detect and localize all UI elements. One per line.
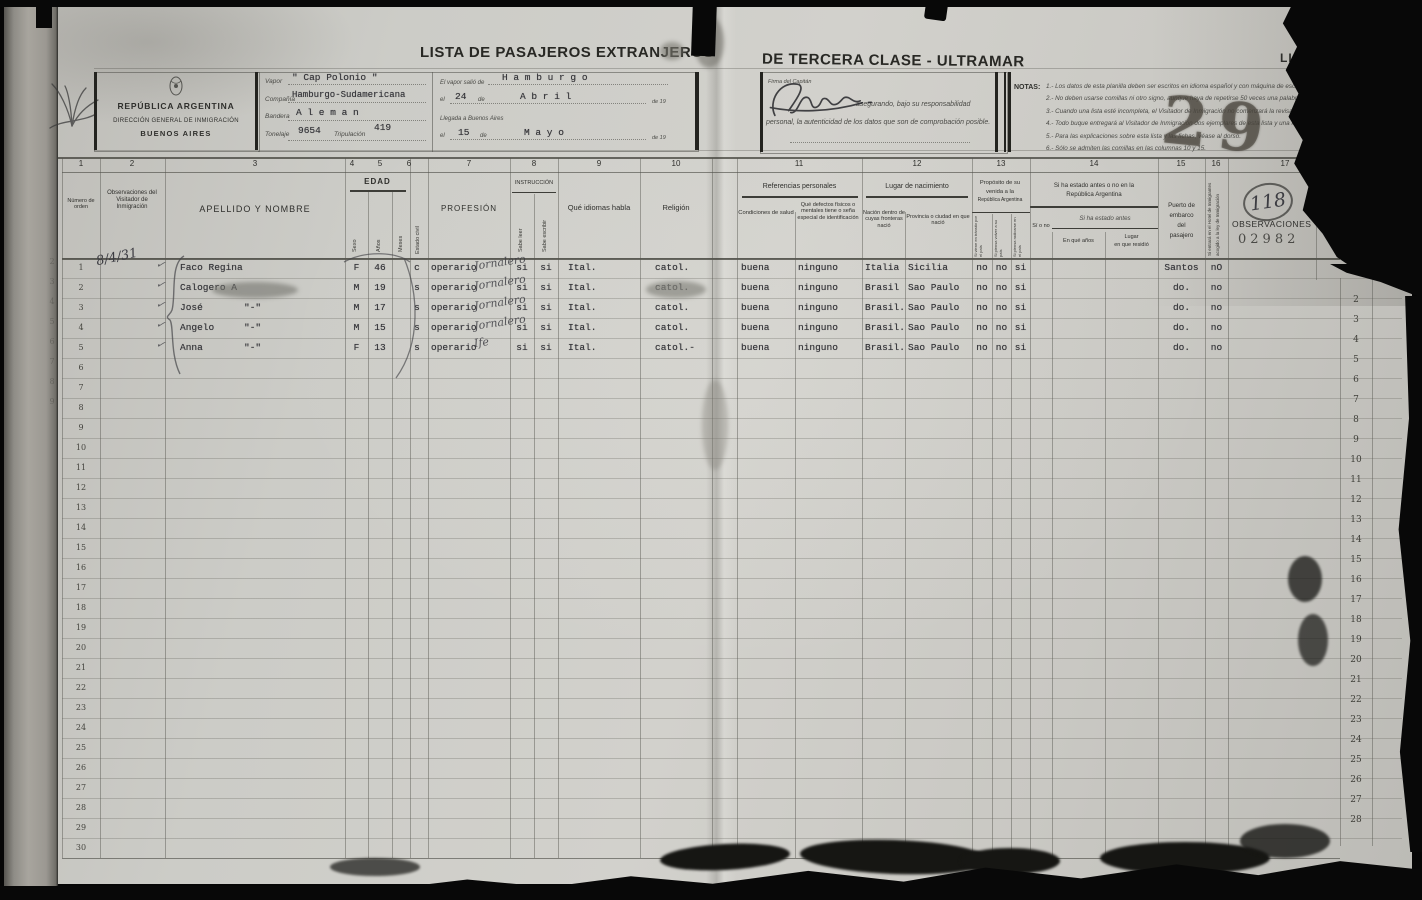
row-number: 18 xyxy=(1340,610,1372,630)
org-department: DIRECCIÓN GENERAL DE INMIGRACIÓN xyxy=(100,118,252,125)
de1: de xyxy=(478,97,485,103)
left-row-numbers: 1234567891011121314151617181920212223242… xyxy=(62,258,100,858)
row-number: 12 xyxy=(1340,490,1372,510)
mes2-value: M a y o xyxy=(524,127,564,138)
llegada-label: Llegada a Buenos Aires xyxy=(440,116,504,122)
stain xyxy=(660,42,684,60)
header-provincia: Provincia o ciudad en que nació xyxy=(906,214,970,227)
header-si-o-no: Sí o no xyxy=(1030,222,1052,230)
spine-row-numbers: 23456789 xyxy=(44,252,60,412)
header-proposito-1: Propósito de su xyxy=(968,180,1032,187)
column-number: 13 xyxy=(991,159,1011,168)
cell-religion: catol. xyxy=(655,298,707,318)
cell-p3: si xyxy=(1011,258,1030,278)
bandera-label: Bandera xyxy=(265,113,290,120)
row-number: 26 xyxy=(1340,770,1372,790)
row-number: 2 xyxy=(1340,290,1372,310)
page-edge-bottom xyxy=(0,886,1422,900)
cell-provincia: Sao Paulo xyxy=(908,278,970,298)
stain-blot xyxy=(1288,556,1322,602)
header-sabe-escribir: Sabe escribir xyxy=(542,200,549,252)
cell-defectos: ninguno xyxy=(798,278,856,298)
row-number: 23 xyxy=(62,698,100,718)
header-estado-civil: Estado civil xyxy=(415,192,422,254)
tripulacion-value: 419 xyxy=(374,122,391,133)
cell-religion: catol. xyxy=(655,258,707,278)
row-number: 28 xyxy=(62,798,100,818)
cell-p3: si xyxy=(1011,338,1030,358)
column-number: 2 xyxy=(122,159,142,168)
header-defectos: Qué defectos físicos o mentales tiene o … xyxy=(796,202,860,221)
header-puerto-1: Puerto de xyxy=(1158,202,1205,209)
row-number: 22 xyxy=(62,678,100,698)
cell-salud: buena xyxy=(741,338,791,358)
column-number: 3 xyxy=(245,159,265,168)
stain xyxy=(702,380,728,470)
header-observaciones-visitador: Observaciones del Visitador de Inmigraci… xyxy=(101,190,163,211)
cell-p2: no xyxy=(992,338,1011,358)
header-condiciones-salud: Condiciones de salud xyxy=(738,210,794,217)
column-number: 10 xyxy=(666,159,686,168)
row-number: 12 xyxy=(62,478,100,498)
row-number: 14 xyxy=(1340,530,1372,550)
column-number: 7 xyxy=(459,159,479,168)
cell-p2: no xyxy=(992,298,1011,318)
cell-idiomas: Ital. xyxy=(568,318,618,338)
cell-name: Faco Regina xyxy=(180,258,310,278)
row-number: 3 xyxy=(1340,310,1372,330)
stain-blot xyxy=(330,858,420,876)
tonelaje-value: 9654 xyxy=(298,125,321,136)
cell-hotel: no xyxy=(1205,278,1228,298)
cell-escribir: si xyxy=(534,338,558,358)
cell-p3: si xyxy=(1011,278,1030,298)
salio-value: H a m b u r g o xyxy=(502,72,588,83)
bandera-value: A l e m a n xyxy=(296,107,359,118)
cell-salud: buena xyxy=(741,298,791,318)
ink-smudge xyxy=(212,282,298,298)
header-lugar-residio-1: Lugar xyxy=(1105,234,1158,240)
row-number: 29 xyxy=(62,818,100,838)
cell-provincia: Sao Paulo xyxy=(908,338,970,358)
header-profesion: PROFESIÓN xyxy=(428,204,510,213)
row-number: 30 xyxy=(62,838,100,858)
row-number: 8 xyxy=(1340,410,1372,430)
column-number: 8 xyxy=(524,159,544,168)
row-number: 27 xyxy=(62,778,100,798)
anio2: de 19 xyxy=(652,135,666,141)
row-number: 4 xyxy=(1340,330,1372,350)
cell-religion: catol.- xyxy=(655,338,707,358)
row-number: 5 xyxy=(62,338,100,358)
cell-p2: no xyxy=(992,258,1011,278)
column-number: 12 xyxy=(907,159,927,168)
cell-p1: no xyxy=(972,278,992,298)
row-number: 25 xyxy=(62,738,100,758)
header-apellido-nombre: APELLIDO Y NOMBRE xyxy=(165,204,345,214)
row-number: 24 xyxy=(1340,730,1372,750)
row-number: 1 xyxy=(62,258,100,278)
dia2-value: 15 xyxy=(458,127,469,138)
cell-p1: no xyxy=(972,298,992,318)
serial-number: 02982 xyxy=(1238,232,1299,247)
row-number: 10 xyxy=(62,438,100,458)
header-estado-antes-1: Si ha estado antes o no en la xyxy=(1030,182,1158,189)
mes1-value: A b r i l xyxy=(520,91,571,102)
header-estado-antes-2: República Argentina xyxy=(1030,191,1158,198)
header-puerto-2: embarco xyxy=(1158,212,1205,219)
stain-blot xyxy=(1298,614,1328,666)
scanned-passenger-list-page: LISTA DE PASAJEROS EXTRANJEROS DE TERCER… xyxy=(0,0,1422,900)
column-number: 17 xyxy=(1275,159,1295,168)
column-number: 5 xyxy=(370,159,390,168)
row-number: 24 xyxy=(62,718,100,738)
column-number: 14 xyxy=(1084,159,1104,168)
cell-p1: no xyxy=(972,338,992,358)
row-number: 2 xyxy=(44,252,60,272)
header-sexo: Sexo xyxy=(352,200,359,252)
cell-defectos: ninguno xyxy=(798,338,856,358)
row-number: 17 xyxy=(62,578,100,598)
right-row-numbers: 2345678910111213141516171819202122232425… xyxy=(1340,290,1372,830)
tonelaje-label: Tonelaje xyxy=(265,131,289,138)
row-number: 14 xyxy=(62,518,100,538)
row-number: 25 xyxy=(1340,750,1372,770)
row-number: 9 xyxy=(62,418,100,438)
row-number: 5 xyxy=(1340,350,1372,370)
row-number: 15 xyxy=(62,538,100,558)
compania-value: Hamburgo-Sudamericana xyxy=(292,90,405,100)
coat-of-arms-icon xyxy=(168,75,184,97)
cell-hotel: no xyxy=(1205,298,1228,318)
cell-p2: no xyxy=(992,318,1011,338)
cell-salud: buena xyxy=(741,318,791,338)
cell-hotel: no xyxy=(1205,318,1228,338)
cell-salud: buena xyxy=(741,278,791,298)
header-lugar-residio-2: en que residió xyxy=(1105,242,1158,248)
cell-provincia: Sicilia xyxy=(908,258,970,278)
row-number: 17 xyxy=(1340,590,1372,610)
cell-defectos: ninguno xyxy=(798,298,856,318)
header-proposito-3: República Argentina xyxy=(968,198,1032,204)
row-number: 18 xyxy=(62,598,100,618)
cell-puerto: do. xyxy=(1158,278,1205,298)
header-edad: EDAD xyxy=(345,177,410,186)
header-religion: Religión xyxy=(640,204,712,213)
header-referencias: Referencias personales xyxy=(737,183,862,191)
row-number: 7 xyxy=(44,352,60,372)
row-number: 16 xyxy=(62,558,100,578)
org-city: BUENOS AIRES xyxy=(100,130,252,139)
cell-defectos: ninguno xyxy=(798,258,856,278)
row-number: 3 xyxy=(44,272,60,292)
cell-puerto: do. xyxy=(1158,298,1205,318)
ink-smudge xyxy=(646,281,706,298)
cell-salud: buena xyxy=(741,258,791,278)
pencil-scribble xyxy=(38,78,108,134)
cell-hotel: no xyxy=(1205,338,1228,358)
tripulacion-label: Tripulación xyxy=(334,131,365,138)
row-number: 10 xyxy=(1340,450,1372,470)
row-number: 16 xyxy=(1340,570,1372,590)
row-number: 2 xyxy=(62,278,100,298)
header-sabe-leer: Sabe leer xyxy=(518,200,525,252)
cell-escribir: si xyxy=(534,258,558,278)
cell-leer: si xyxy=(510,338,534,358)
header-proposito-2: venida a la xyxy=(968,189,1032,196)
compania-label: Compañía xyxy=(265,96,295,103)
cell-provincia: Sao Paulo xyxy=(908,298,970,318)
row-number: 27 xyxy=(1340,790,1372,810)
column-number: 1 xyxy=(71,159,91,168)
header-hotel-inmigrantes-1: Si entrará en el Hotel de Inmigrantes xyxy=(1207,180,1212,256)
row-number: 4 xyxy=(62,318,100,338)
header-hotel-inmigrantes-2: acogido a la ley de Inmigración xyxy=(1215,180,1220,256)
cell-escribir: si xyxy=(534,298,558,318)
cell-puerto: do. xyxy=(1158,318,1205,338)
cell-nacion: Brasil xyxy=(865,278,907,298)
el1: el xyxy=(440,97,445,103)
header-puerto-4: pasajero xyxy=(1158,232,1205,239)
header-en-que-anos: En qué años xyxy=(1052,238,1105,244)
org-country: REPÚBLICA ARGENTINA xyxy=(100,102,252,112)
column-number: 11 xyxy=(789,159,809,168)
row-number: 15 xyxy=(1340,550,1372,570)
row-number: 13 xyxy=(62,498,100,518)
cell-ditto: "-" xyxy=(244,318,284,338)
cell-p1: no xyxy=(972,318,992,338)
header-nacion: Nación dentro de cuyas fronteras nació xyxy=(863,210,905,229)
row-number: 11 xyxy=(1340,470,1372,490)
handwritten-profession: Ife xyxy=(473,335,490,350)
vapor-value: " Cap Polonio " xyxy=(292,72,378,83)
cell-p1: no xyxy=(972,258,992,278)
header-puerto-3: del xyxy=(1158,222,1205,229)
dia1-value: 24 xyxy=(455,91,466,102)
de2: de xyxy=(480,133,487,139)
row-number: 7 xyxy=(1340,390,1372,410)
row-number: 19 xyxy=(62,618,100,638)
captain-signature xyxy=(763,70,915,124)
cell-hotel: nO xyxy=(1205,258,1228,278)
header-proposito-sub1: Si viene en tránsito por el país xyxy=(974,215,984,257)
header-idiomas: Qué idiomas habla xyxy=(558,204,640,213)
notas-label: NOTAS: xyxy=(1014,84,1040,92)
cell-p2: no xyxy=(992,278,1011,298)
vapor-label: Vapor xyxy=(265,78,282,85)
row-number: 3 xyxy=(62,298,100,318)
cell-ditto: "-" xyxy=(244,298,284,318)
cell-escribir: si xyxy=(534,318,558,338)
cell-nacion: Brasil. xyxy=(865,338,907,358)
cell-provincia: Sao Paulo xyxy=(908,318,970,338)
row-number: 21 xyxy=(62,658,100,678)
row-number: 6 xyxy=(44,332,60,352)
row-number: 8 xyxy=(62,398,100,418)
header-instruccion: INSTRUCCIÓN xyxy=(510,180,558,186)
page-edge-top xyxy=(0,0,1422,7)
row-number: 8 xyxy=(44,372,60,392)
column-number: 4 xyxy=(342,159,362,168)
header-proposito-sub3: Si piensa radicarse en el país xyxy=(1013,215,1023,257)
header-proposito-sub2: Si piensa volver a su país xyxy=(994,215,1004,257)
row-number: 9 xyxy=(44,392,60,412)
header-numero-orden: Número de orden xyxy=(62,198,100,211)
stain-blot xyxy=(1240,824,1330,858)
cell-religion: catol. xyxy=(655,318,707,338)
row-number: 4 xyxy=(44,292,60,312)
row-number: 11 xyxy=(62,458,100,478)
column-number: 9 xyxy=(589,159,609,168)
cell-escribir: si xyxy=(534,278,558,298)
row-number: 13 xyxy=(1340,510,1372,530)
cell-idiomas: Ital. xyxy=(568,258,618,278)
cell-p3: si xyxy=(1011,318,1030,338)
cell-idiomas: Ital. xyxy=(568,338,618,358)
page-title-right: DE TERCERA CLASE - ULTRAMAR xyxy=(762,51,1025,71)
header-lugar-nacimiento: Lugar de nacimiento xyxy=(862,183,972,191)
cell-puerto: Santos xyxy=(1158,258,1205,278)
row-number: 28 xyxy=(1340,810,1372,830)
cell-idiomas: Ital. xyxy=(568,298,618,318)
cell-puerto: do. xyxy=(1158,338,1205,358)
row-number: 20 xyxy=(62,638,100,658)
cell-ditto: "-" xyxy=(244,338,284,358)
row-number: 22 xyxy=(1340,690,1372,710)
handwritten-brace xyxy=(160,254,190,378)
cell-p3: si xyxy=(1011,298,1030,318)
row-number: 20 xyxy=(1340,650,1372,670)
row-number: 5 xyxy=(44,312,60,332)
header-si-ha-estado: Si ha estado antes xyxy=(1052,215,1158,222)
dark-slot-top xyxy=(691,0,717,56)
header-anos: Años xyxy=(376,200,383,252)
row-number: 19 xyxy=(1340,630,1372,650)
handwritten-bracket-curve xyxy=(338,248,430,382)
row-number: 23 xyxy=(1340,710,1372,730)
row-number: 6 xyxy=(1340,370,1372,390)
stamp-29: 29 xyxy=(1158,80,1277,169)
cell-nacion: Italia xyxy=(865,258,907,278)
cell-idiomas: Ital. xyxy=(568,278,618,298)
cell-nacion: Brasil. xyxy=(865,298,907,318)
salio-label: El vapor salió de xyxy=(440,80,484,86)
row-number: 21 xyxy=(1340,670,1372,690)
row-number: 6 xyxy=(62,358,100,378)
row-number: 7 xyxy=(62,378,100,398)
row-number: 9 xyxy=(1340,430,1372,450)
cell-nacion: Brasil. xyxy=(865,318,907,338)
header-meses: Meses xyxy=(398,200,405,252)
row-number: 26 xyxy=(62,758,100,778)
el2: el xyxy=(440,133,445,139)
cell-defectos: ninguno xyxy=(798,318,856,338)
column-number: 6 xyxy=(399,159,419,168)
anio1: de 19 xyxy=(652,99,666,105)
stamp-118: 118 xyxy=(1249,189,1288,216)
